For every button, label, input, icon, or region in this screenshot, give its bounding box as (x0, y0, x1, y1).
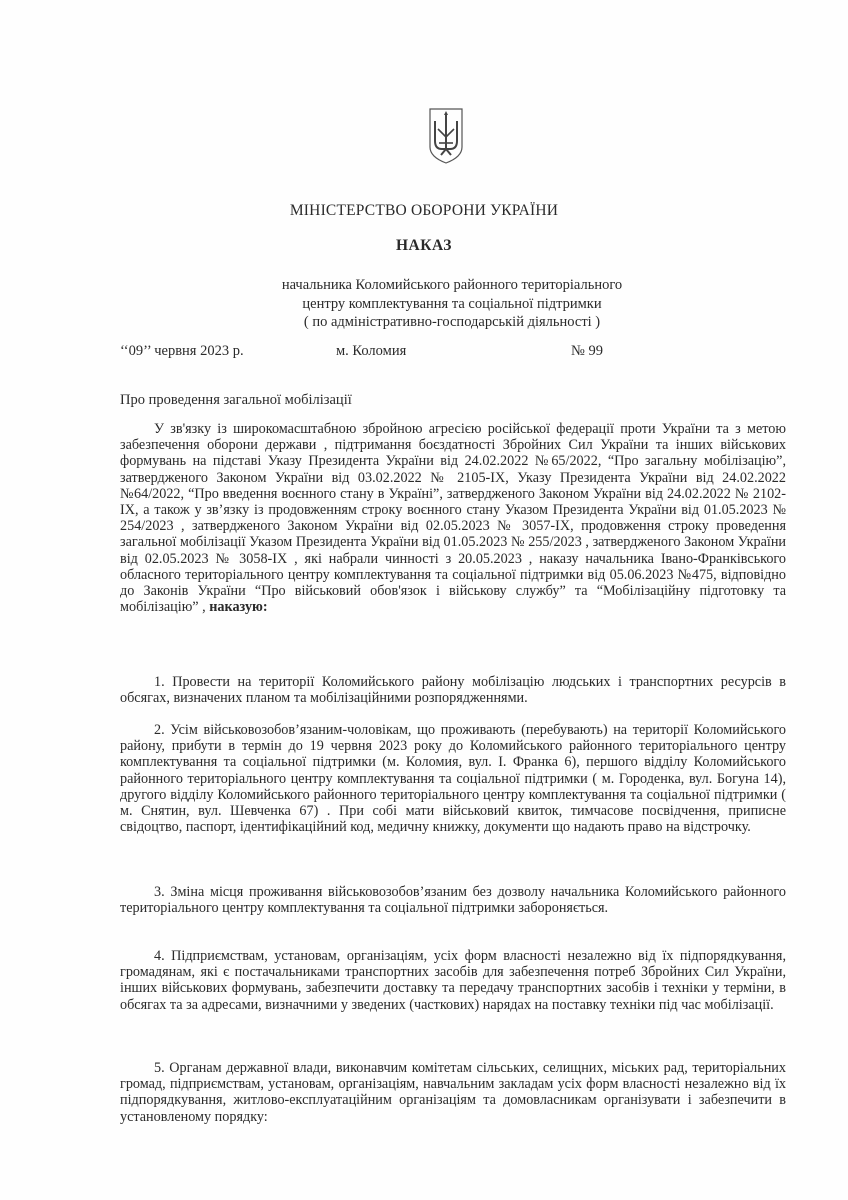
document-type: НАКАЗ (0, 237, 848, 255)
order-item-text: 1. Провести на території Коломийського р… (120, 674, 786, 706)
order-place: м. Коломия (336, 343, 406, 360)
order-word: наказую: (209, 599, 267, 615)
preamble-paragraph: У зв'язку із широкомасштабною збройною а… (120, 421, 786, 615)
preamble-text: У зв'язку із широкомасштабною збройною а… (120, 421, 786, 615)
order-item-text: 5. Органам державної влади, виконавчим к… (120, 1060, 786, 1125)
order-item-2: 2. Усім військовозобов’язаним-чоловікам,… (120, 722, 786, 835)
ministry-title: МІНІСТЕРСТВО ОБОРОНИ УКРАЇНИ (0, 202, 848, 220)
order-number: № 99 (571, 343, 603, 360)
order-date: ‘‘09’’ червня 2023 р. (120, 343, 244, 360)
order-item-text: 3. Зміна місця проживання військовозобов… (120, 884, 786, 916)
order-subject: Про проведення загальної мобілізації (120, 392, 352, 409)
order-item-1: 1. Провести на території Коломийського р… (120, 674, 786, 706)
order-item-text: 2. Усім військовозобов’язаним-чоловікам,… (120, 722, 786, 835)
document-page: МІНІСТЕРСТВО ОБОРОНИ УКРАЇНИ НАКАЗ начал… (0, 0, 848, 1200)
issuer-line: центру комплектування та соціальної підт… (28, 295, 848, 314)
issuer-line: ( по адміністративно-господарській діяль… (28, 313, 848, 332)
issuer-line: начальника Коломийського районного терит… (28, 276, 848, 295)
order-item-3: 3. Зміна місця проживання військовозобов… (120, 884, 786, 916)
issuer-block: начальника Коломийського районного терит… (28, 276, 848, 332)
order-item-4: 4. Підприємствам, установам, організація… (120, 948, 786, 1013)
coat-of-arms-icon (428, 107, 464, 165)
order-item-text: 4. Підприємствам, установам, організація… (120, 948, 786, 1013)
order-item-5: 5. Органам державної влади, виконавчим к… (120, 1060, 786, 1125)
